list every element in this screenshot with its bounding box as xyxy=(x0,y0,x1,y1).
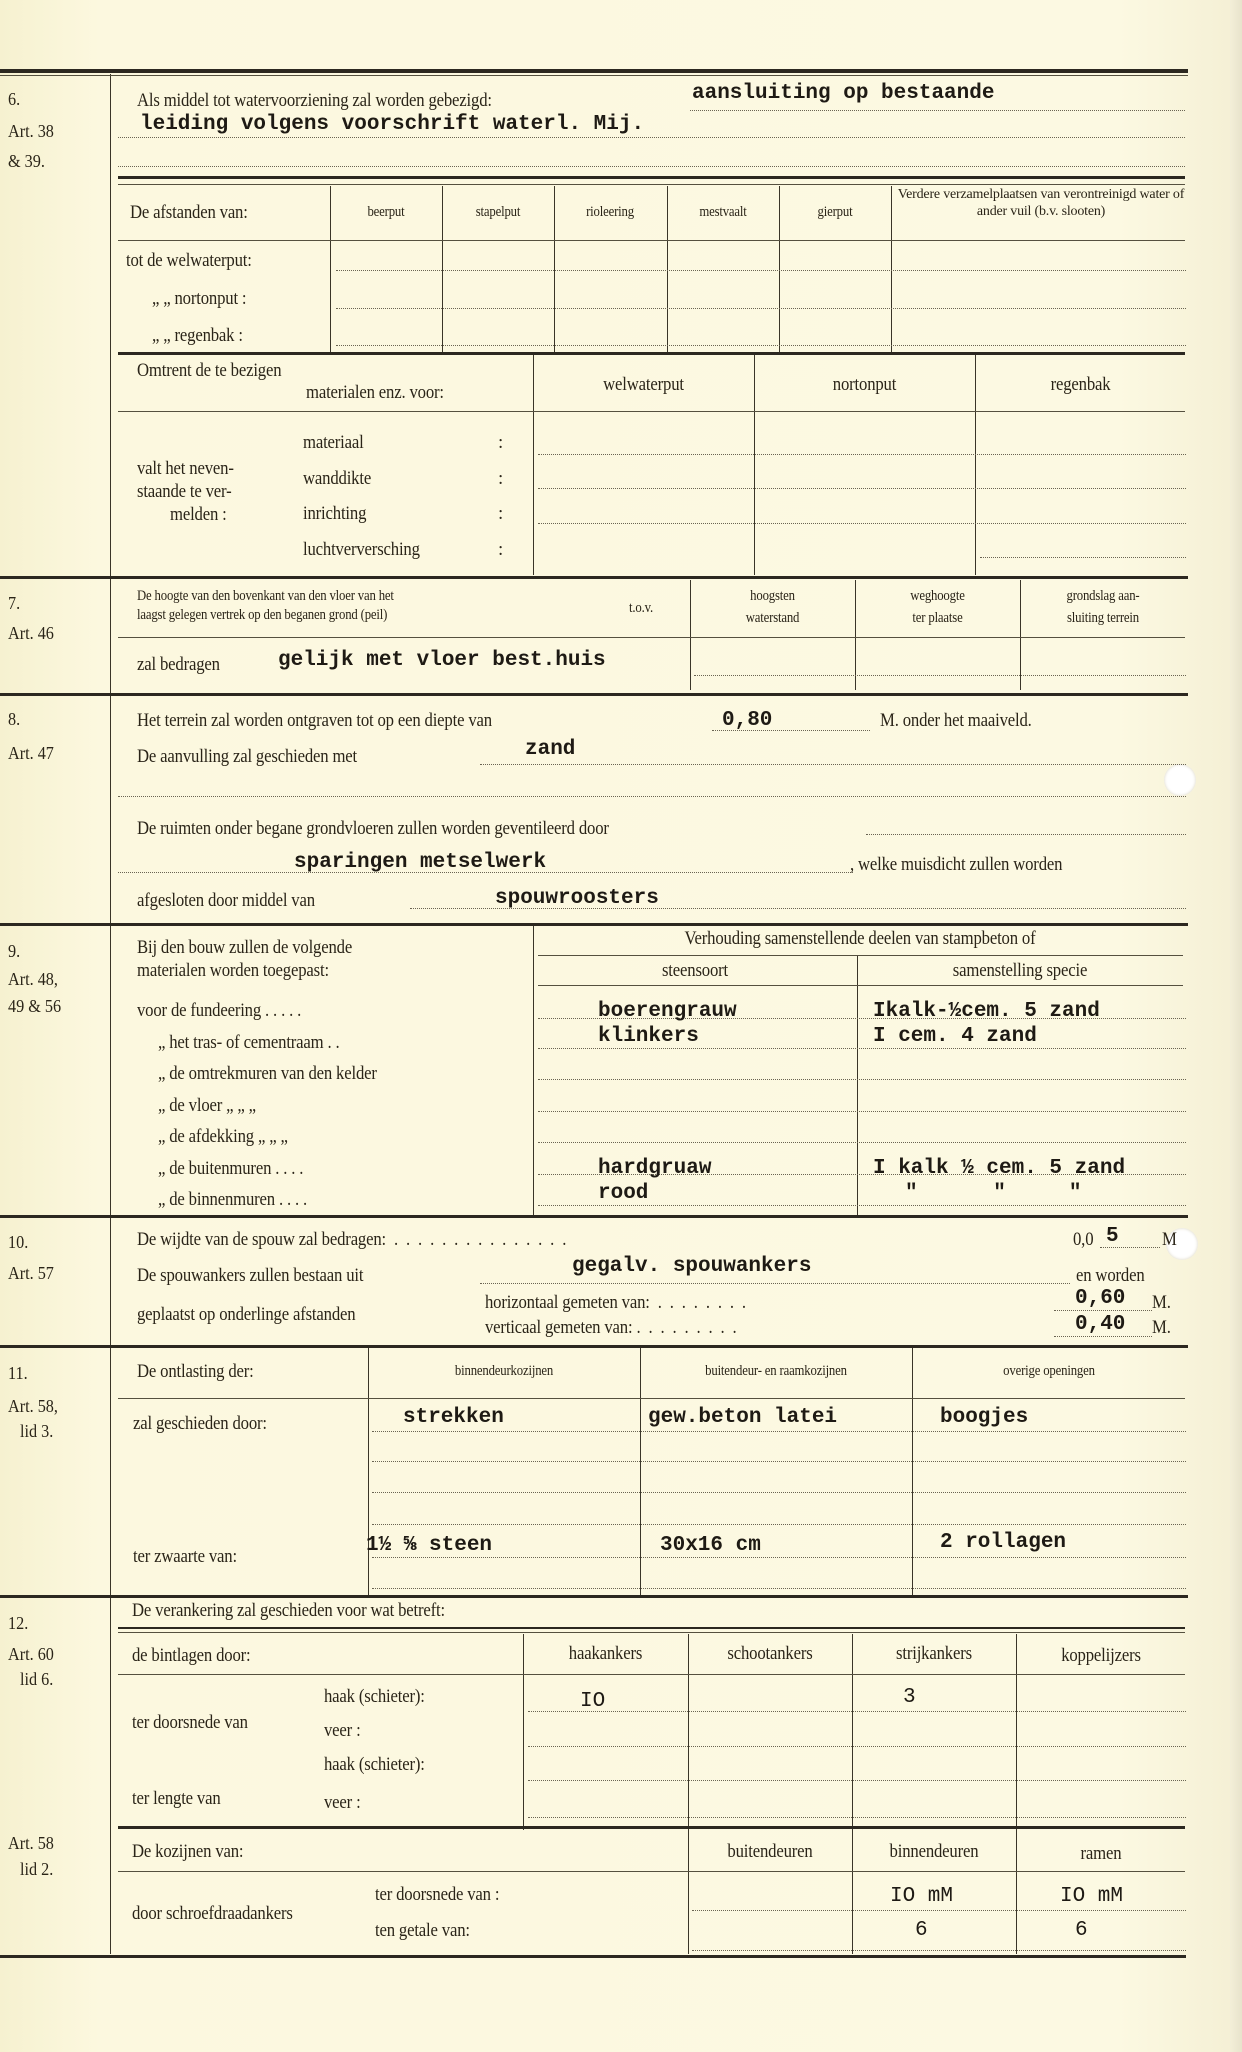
col-header-beerput: beerput xyxy=(337,204,436,221)
section-rule xyxy=(0,1215,1188,1218)
section-number: 11. xyxy=(8,1362,28,1384)
fill-line[interactable] xyxy=(538,1079,1186,1080)
fill-line xyxy=(690,110,1185,111)
count-value[interactable]: 6 xyxy=(1075,1919,1088,1943)
section-rule xyxy=(118,1826,1185,1829)
thickness-label: ter zwaarte van: xyxy=(133,1546,237,1568)
row-label-welwaterput: tot de welwaterput: xyxy=(126,250,252,272)
col-rule xyxy=(368,1348,369,1596)
col-header-grondslag: grondslag aan- xyxy=(1030,588,1176,605)
vertical-label: verticaal gemeten van: . . . . . . . . . xyxy=(485,1317,737,1339)
col-header-mestvaalt: mestvaalt xyxy=(674,204,773,221)
anchors-suffix: en worden xyxy=(1076,1265,1145,1287)
fill-line[interactable] xyxy=(118,796,1186,797)
material-row-label: „ de afdekking „ „ „ xyxy=(158,1126,288,1148)
by-label: zal geschieden door: xyxy=(133,1413,267,1435)
dig-suffix: M. onder het maaiveld. xyxy=(880,710,1032,732)
article-ref: & 39. xyxy=(8,150,45,172)
section-number: 6. xyxy=(8,88,20,110)
col-header-buitendeur: buitendeur- en raamkozijnen xyxy=(656,1363,895,1380)
vent-suffix: , welke muisdicht zullen worden xyxy=(850,854,1062,876)
close-label: afgesloten door middel van xyxy=(137,890,315,912)
col-rule xyxy=(533,355,534,575)
col-header-buitendeuren: buitendeuren xyxy=(698,1841,842,1863)
section-rule xyxy=(118,352,1185,355)
spring-label: veer : xyxy=(324,1720,361,1742)
row-rule xyxy=(118,1674,1185,1675)
row-rule xyxy=(118,240,1185,241)
section-number: 9. xyxy=(8,940,20,962)
section-rule xyxy=(118,176,1185,179)
margin-rule xyxy=(110,74,111,1954)
fill-line xyxy=(480,1283,1070,1284)
section-number: 7. xyxy=(8,592,20,614)
article-ref: 49 & 56 xyxy=(8,995,61,1017)
row-label-nortonput: „ „ nortonput : xyxy=(152,288,246,310)
vertical-value[interactable]: 0,40 xyxy=(1075,1313,1125,1337)
col-header-regenbak: regenbak xyxy=(988,374,1174,396)
col-header-overige: overige openingen xyxy=(928,1363,1169,1380)
fill-line[interactable] xyxy=(528,1711,1186,1712)
col-header-other: Verdere verzamelplaatsen van verontreini… xyxy=(896,186,1186,220)
fill-line[interactable] xyxy=(694,675,1186,676)
mortar-value[interactable]: " " " xyxy=(905,1182,1081,1206)
intro-label-2: materialen worden toegepast: xyxy=(137,960,329,982)
hook-label: haak (schieter): xyxy=(324,1754,425,1776)
row-rule xyxy=(118,637,1185,638)
distances-label: De afstanden van: xyxy=(130,202,248,224)
anchoring-label: De verankering zal geschieden voor wat b… xyxy=(132,1600,445,1622)
screw-label: door schroefdraadankers xyxy=(132,1903,293,1925)
col-rule xyxy=(754,355,755,575)
horizontal-unit: M. xyxy=(1152,1292,1171,1314)
close-value[interactable]: spouwroosters xyxy=(495,887,659,911)
col-header-strijkankers: strijkankers xyxy=(862,1643,1006,1665)
section-rule xyxy=(0,693,1188,696)
mortar-value[interactable]: I cem. 4 zand xyxy=(873,1025,1037,1049)
stone-value[interactable]: klinkers xyxy=(598,1025,699,1049)
fill-line[interactable] xyxy=(528,1817,1186,1818)
tov-label: t.o.v. xyxy=(629,600,653,617)
section-rule-thin xyxy=(118,184,1185,185)
article-ref: Art. 60 xyxy=(8,1643,54,1665)
article-ref: Art. 58 xyxy=(8,1832,54,1854)
count-value[interactable]: 6 xyxy=(915,1919,928,1943)
material-row-label: „ het tras- of cementraam . . xyxy=(158,1032,340,1054)
hook-label: haak (schieter): xyxy=(324,1686,425,1708)
materials-label-2: materialen enz. voor: xyxy=(306,382,444,404)
section-number: 12. xyxy=(8,1612,28,1634)
beams-label: de bintlagen door: xyxy=(132,1645,250,1667)
width-value[interactable]: 5 xyxy=(1106,1225,1119,1249)
col-header-weghoogte: weghoogte xyxy=(865,588,1010,605)
paper-edge xyxy=(1230,0,1242,2052)
section-number: 10. xyxy=(8,1231,28,1253)
col-header-haakankers: haakankers xyxy=(533,1643,678,1665)
material-row-label: „ de binnenmuren . . . . xyxy=(158,1189,307,1211)
thickness-value[interactable]: 2 rollagen xyxy=(940,1531,1066,1555)
article-ref: Art. 57 xyxy=(8,1262,54,1284)
relief-label: De ontlasting der: xyxy=(137,1361,254,1383)
col-header-koppelijzers: koppelijzers xyxy=(1026,1645,1176,1667)
row-label-regenbak: „ „ regenbak : xyxy=(152,325,243,347)
bottom-rule xyxy=(0,1955,1186,1958)
fill-line[interactable] xyxy=(538,1111,1186,1112)
section-rule xyxy=(0,1345,1188,1348)
fill-line xyxy=(480,764,1186,765)
col-rule xyxy=(857,956,858,1216)
fill-line[interactable] xyxy=(336,345,1186,346)
frames-label: De kozijnen van: xyxy=(132,1841,243,1863)
stone-value[interactable]: boerengrauw xyxy=(598,1000,737,1024)
fill-line[interactable] xyxy=(692,1950,1186,1951)
diameter-value[interactable]: IO mM xyxy=(1060,1885,1123,1909)
row-label-inrichting: inrichting xyxy=(303,503,366,525)
row-rule xyxy=(118,1632,1185,1633)
dig-value[interactable]: 0,80 xyxy=(722,709,772,733)
vent-label: De ruimten onder begane grondvloeren zul… xyxy=(137,818,609,840)
anchor-value[interactable]: 3 xyxy=(903,1686,916,1710)
col-header-nortonput: nortonput xyxy=(767,374,961,396)
fill-line xyxy=(372,1557,1186,1558)
water-supply-value[interactable]: aansluiting op bestaande xyxy=(692,82,994,106)
stone-value[interactable]: rood xyxy=(598,1182,648,1206)
article-ref: Art. 38 xyxy=(8,120,54,142)
col-header-welwaterput: welwaterput xyxy=(546,374,740,396)
col-rule xyxy=(1016,1634,1017,1830)
col-header-rioleering: rioleering xyxy=(561,204,660,221)
anchors-value[interactable]: gegalv. spouwankers xyxy=(572,1255,811,1279)
col-header-binnendeur: binnendeurkozijnen xyxy=(384,1363,623,1380)
placed-label: geplaatst op onderlinge afstanden xyxy=(137,1304,355,1326)
horizontal-label: horizontaal gemeten van: . . . . . . . . xyxy=(485,1292,746,1314)
thickness-value[interactable]: 30x16 cm xyxy=(660,1534,761,1558)
fill-line[interactable] xyxy=(372,1492,1186,1493)
thickness-value[interactable]: 1½ ⅝ steen xyxy=(366,1534,492,1558)
col-rule xyxy=(852,1830,853,1954)
col-header-specie: samenstelling specie xyxy=(877,960,1164,982)
intro-label: Bij den bouw zullen de volgende xyxy=(137,937,352,959)
col-rule xyxy=(330,186,331,354)
article-ref: lid 3. xyxy=(20,1420,53,1442)
row-rule xyxy=(118,1398,1185,1399)
punch-hole xyxy=(1164,764,1196,796)
row-rule xyxy=(118,1871,1185,1872)
fill-line[interactable] xyxy=(528,1746,1186,1747)
fill-line xyxy=(372,1431,1186,1432)
col-rule xyxy=(640,1348,641,1596)
water-supply-value-2[interactable]: leiding volgens voorschrift waterl. Mij. xyxy=(140,113,644,137)
dig-label: Het terrein zal worden ontgraven tot op … xyxy=(137,710,492,732)
article-ref: lid 2. xyxy=(20,1858,53,1880)
col-header-ramen: ramen xyxy=(1026,1843,1176,1865)
fill-line[interactable] xyxy=(372,1588,1186,1589)
section-rule xyxy=(0,576,1188,579)
fill-value[interactable]: zand xyxy=(525,738,575,762)
material-row-label: voor de fundeering . . . . . xyxy=(137,1000,301,1022)
width-unit: M xyxy=(1162,1229,1177,1251)
mention-label: staande te ver- xyxy=(137,481,232,503)
material-row-label: „ de buitenmuren . . . . xyxy=(158,1158,303,1180)
fill-line[interactable] xyxy=(528,1780,1186,1781)
vertical-unit: M. xyxy=(1152,1317,1171,1339)
article-ref: Art. 46 xyxy=(8,622,54,644)
col-header-waterstand: waterstand xyxy=(700,610,845,627)
row-rule xyxy=(118,411,1185,412)
col-rule xyxy=(688,1634,689,1830)
width-prefix: 0,0 xyxy=(1073,1229,1093,1251)
col-rule xyxy=(688,1830,689,1954)
mention-label: valt het neven- xyxy=(137,458,234,480)
ratio-header: Verhouding samenstellende deelen van sta… xyxy=(578,928,1141,950)
fill-line xyxy=(118,137,1185,138)
cross-label: ter doorsnede van xyxy=(132,1712,248,1734)
fill-label: De aanvulling zal geschieden met xyxy=(137,746,357,768)
row-label-materiaal: materiaal xyxy=(303,432,364,454)
water-supply-label: Als middel tot watervoorziening zal word… xyxy=(137,90,492,112)
col-rule xyxy=(852,1634,853,1830)
fill-line[interactable] xyxy=(692,1910,1186,1911)
material-row-label: „ de omtrekmuren van den kelder xyxy=(158,1063,377,1085)
relief-value[interactable]: boogjes xyxy=(940,1406,1028,1430)
anchors-label: De spouwankers zullen bestaan uit xyxy=(137,1265,363,1287)
height-label-2: laagst gelegen vertrek op den beganen gr… xyxy=(137,607,387,624)
relief-value[interactable]: strekken xyxy=(403,1406,504,1430)
stone-value[interactable]: hardgruaw xyxy=(598,1157,711,1181)
col-rule xyxy=(533,926,534,1216)
top-rule xyxy=(0,69,1188,73)
row-label-luchtverversching: luchtverversching xyxy=(303,539,420,561)
spring-label: veer : xyxy=(324,1792,361,1814)
fill-line[interactable] xyxy=(538,1142,1186,1143)
col-header-steensoort: steensoort xyxy=(552,960,837,982)
diameter-value[interactable]: IO mM xyxy=(890,1885,953,1909)
material-row-label: „ de vloer „ „ „ xyxy=(158,1095,256,1117)
col-header-schootankers: schootankers xyxy=(698,1643,842,1665)
length-label: ter lengte van xyxy=(132,1788,221,1810)
relief-value[interactable]: gew.beton latei xyxy=(648,1406,837,1430)
col-rule xyxy=(523,1634,524,1830)
col-header-gierput: gierput xyxy=(786,204,885,221)
col-rule xyxy=(855,580,856,690)
fill-line[interactable] xyxy=(538,454,1186,455)
article-ref: Art. 58, xyxy=(8,1395,58,1417)
fill-line xyxy=(118,166,1185,167)
article-ref: Art. 47 xyxy=(8,742,54,764)
fill-line[interactable] xyxy=(336,270,1186,271)
top-rule-thin xyxy=(0,75,1188,76)
mention-label: melden : xyxy=(170,504,227,526)
col-rule xyxy=(1016,1830,1017,1954)
fill-line[interactable] xyxy=(538,523,1186,524)
col-rule xyxy=(912,1348,913,1596)
col-header-binnendeuren: binnendeuren xyxy=(862,1841,1006,1863)
amount-value[interactable]: gelijk met vloer best.huis xyxy=(278,649,606,673)
amount-label: zal bedragen xyxy=(137,654,220,676)
vent-value[interactable]: sparingen metselwerk xyxy=(294,851,546,875)
fill-line[interactable] xyxy=(336,308,1186,309)
section-rule xyxy=(0,1595,1188,1598)
col-header-aansluiting: sluiting terrein xyxy=(1030,610,1176,627)
horizontal-value[interactable]: 0,60 xyxy=(1075,1287,1125,1311)
count-label: ten getale van: xyxy=(375,1920,470,1942)
fill-line[interactable] xyxy=(372,1524,1186,1525)
col-rule xyxy=(1020,580,1021,690)
section-number: 8. xyxy=(8,708,20,730)
fill-line[interactable] xyxy=(866,834,1186,835)
row-rule xyxy=(538,985,1183,986)
section-rule xyxy=(0,923,1188,926)
col-header-hoogsten: hoogsten xyxy=(700,588,845,605)
col-rule xyxy=(975,355,976,575)
mortar-value[interactable]: I kalk ½ cem. 5 zand xyxy=(873,1157,1125,1181)
article-ref: lid 6. xyxy=(20,1668,53,1690)
diameter-label: ter doorsnede van : xyxy=(375,1884,499,1906)
article-ref: Art. 48, xyxy=(8,968,58,990)
row-label-wanddikte: wanddikte xyxy=(303,468,371,490)
mortar-value[interactable]: Ikalk-½cem. 5 zand xyxy=(873,1000,1100,1024)
row-rule xyxy=(118,1627,1185,1629)
fill-line[interactable] xyxy=(372,1461,1186,1462)
col-header-ter-plaatse: ter plaatse xyxy=(865,610,1010,627)
fill-line[interactable] xyxy=(980,557,1186,558)
materials-label: Omtrent de te bezigen xyxy=(137,360,281,382)
height-label: De hoogte van den bovenkant van den vloe… xyxy=(137,588,394,605)
width-label: De wijdte van de spouw zal bedragen: . .… xyxy=(137,1229,566,1251)
col-header-stapelput: stapelput xyxy=(449,204,548,221)
row-rule xyxy=(538,955,1183,956)
fill-line[interactable] xyxy=(538,488,1186,489)
col-rule xyxy=(690,580,691,690)
